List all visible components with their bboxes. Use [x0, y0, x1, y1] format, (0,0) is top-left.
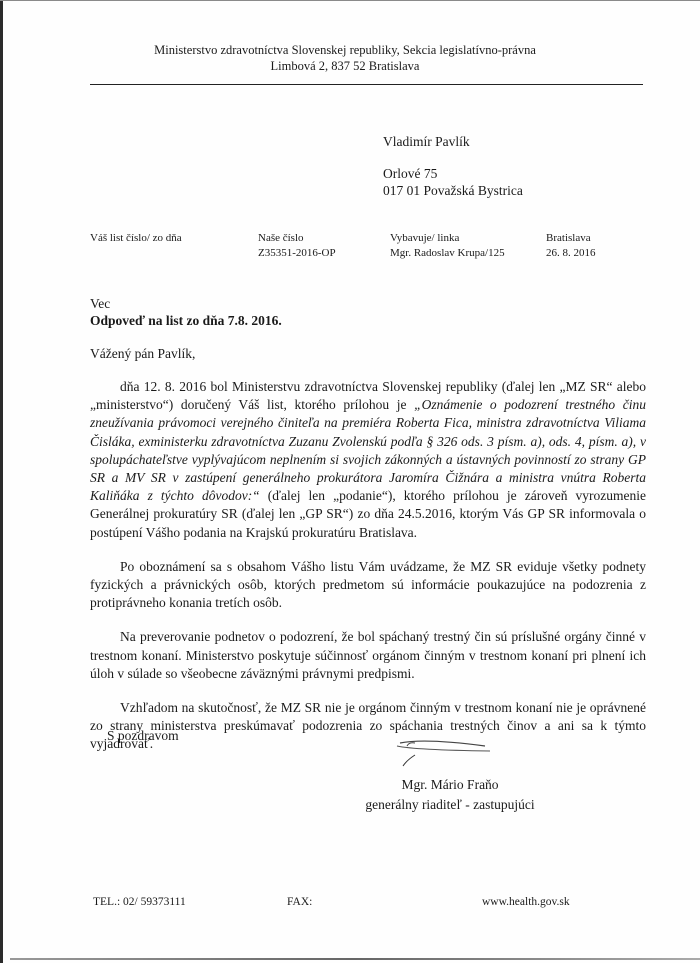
signature-icon: [385, 738, 495, 768]
ref-our-number: Naše číslo Z35351-2016-OP: [258, 231, 336, 261]
recipient-street: Orlové 75: [383, 165, 523, 182]
subject-title: Odpoveď na list zo dňa 7.8. 2016.: [90, 312, 282, 329]
ref-place-date: Bratislava 26. 8. 2016: [546, 231, 596, 261]
subject-block: Vec Odpoveď na list zo dňa 7.8. 2016.: [90, 295, 282, 329]
recipient-city: 017 01 Považská Bystrica: [383, 182, 523, 199]
recipient-name: Vladimír Pavlík: [383, 133, 523, 150]
ref-date: 26. 8. 2016: [546, 246, 596, 261]
letterhead-divider: [90, 84, 643, 85]
paragraph-2: Po oboznámení sa s obsahom Vášho listu V…: [90, 558, 646, 613]
paragraph-3: Na preverovanie podnetov o podozrení, že…: [90, 628, 646, 683]
footer-fax: FAX:: [287, 896, 312, 908]
scan-border-left: [0, 0, 3, 963]
signatory-block: Mgr. Mário Fraňo generálny riaditeľ - za…: [325, 775, 575, 815]
ref-handled-by-label: Vybavuje/ linka: [390, 231, 505, 246]
letterhead-address: Limbová 2, 837 52 Bratislava: [90, 58, 600, 74]
recipient-address: Vladimír Pavlík Orlové 75 017 01 Považsk…: [383, 133, 523, 199]
ref-your-letter-label: Váš list číslo/ zo dňa: [90, 231, 182, 246]
ref-your-letter: Váš list číslo/ zo dňa: [90, 231, 182, 246]
ref-our-number-label: Naše číslo: [258, 231, 336, 246]
ref-place: Bratislava: [546, 231, 596, 246]
letter-body: dňa 12. 8. 2016 bol Ministerstvu zdravot…: [90, 378, 646, 770]
footer-phone: TEL.: 02/ 59373111: [93, 896, 186, 908]
scan-border-bottom: [10, 958, 700, 960]
signatory-title: generálny riaditeľ - zastupujúci: [325, 795, 575, 815]
ref-handled-by-value: Mgr. Radoslav Krupa/125: [390, 246, 505, 261]
signatory-name: Mgr. Mário Fraňo: [325, 775, 575, 795]
footer-website: www.health.gov.sk: [482, 896, 570, 908]
scan-border-top: [0, 0, 700, 1]
ref-our-number-value: Z35351-2016-OP: [258, 246, 336, 261]
letterhead: Ministerstvo zdravotníctva Slovenskej re…: [90, 42, 600, 74]
letterhead-organization: Ministerstvo zdravotníctva Slovenskej re…: [90, 42, 600, 58]
salutation: Vážený pán Pavlík,: [90, 346, 195, 362]
paragraph-4: Vzhľadom na skutočnosť, že MZ SR nie je …: [90, 699, 646, 754]
closing: S pozdravom: [107, 728, 179, 744]
subject-label: Vec: [90, 295, 282, 312]
ref-handled-by: Vybavuje/ linka Mgr. Radoslav Krupa/125: [390, 231, 505, 261]
letter-page: Ministerstvo zdravotníctva Slovenskej re…: [0, 0, 700, 963]
paragraph-1: dňa 12. 8. 2016 bol Ministerstvu zdravot…: [90, 378, 646, 542]
